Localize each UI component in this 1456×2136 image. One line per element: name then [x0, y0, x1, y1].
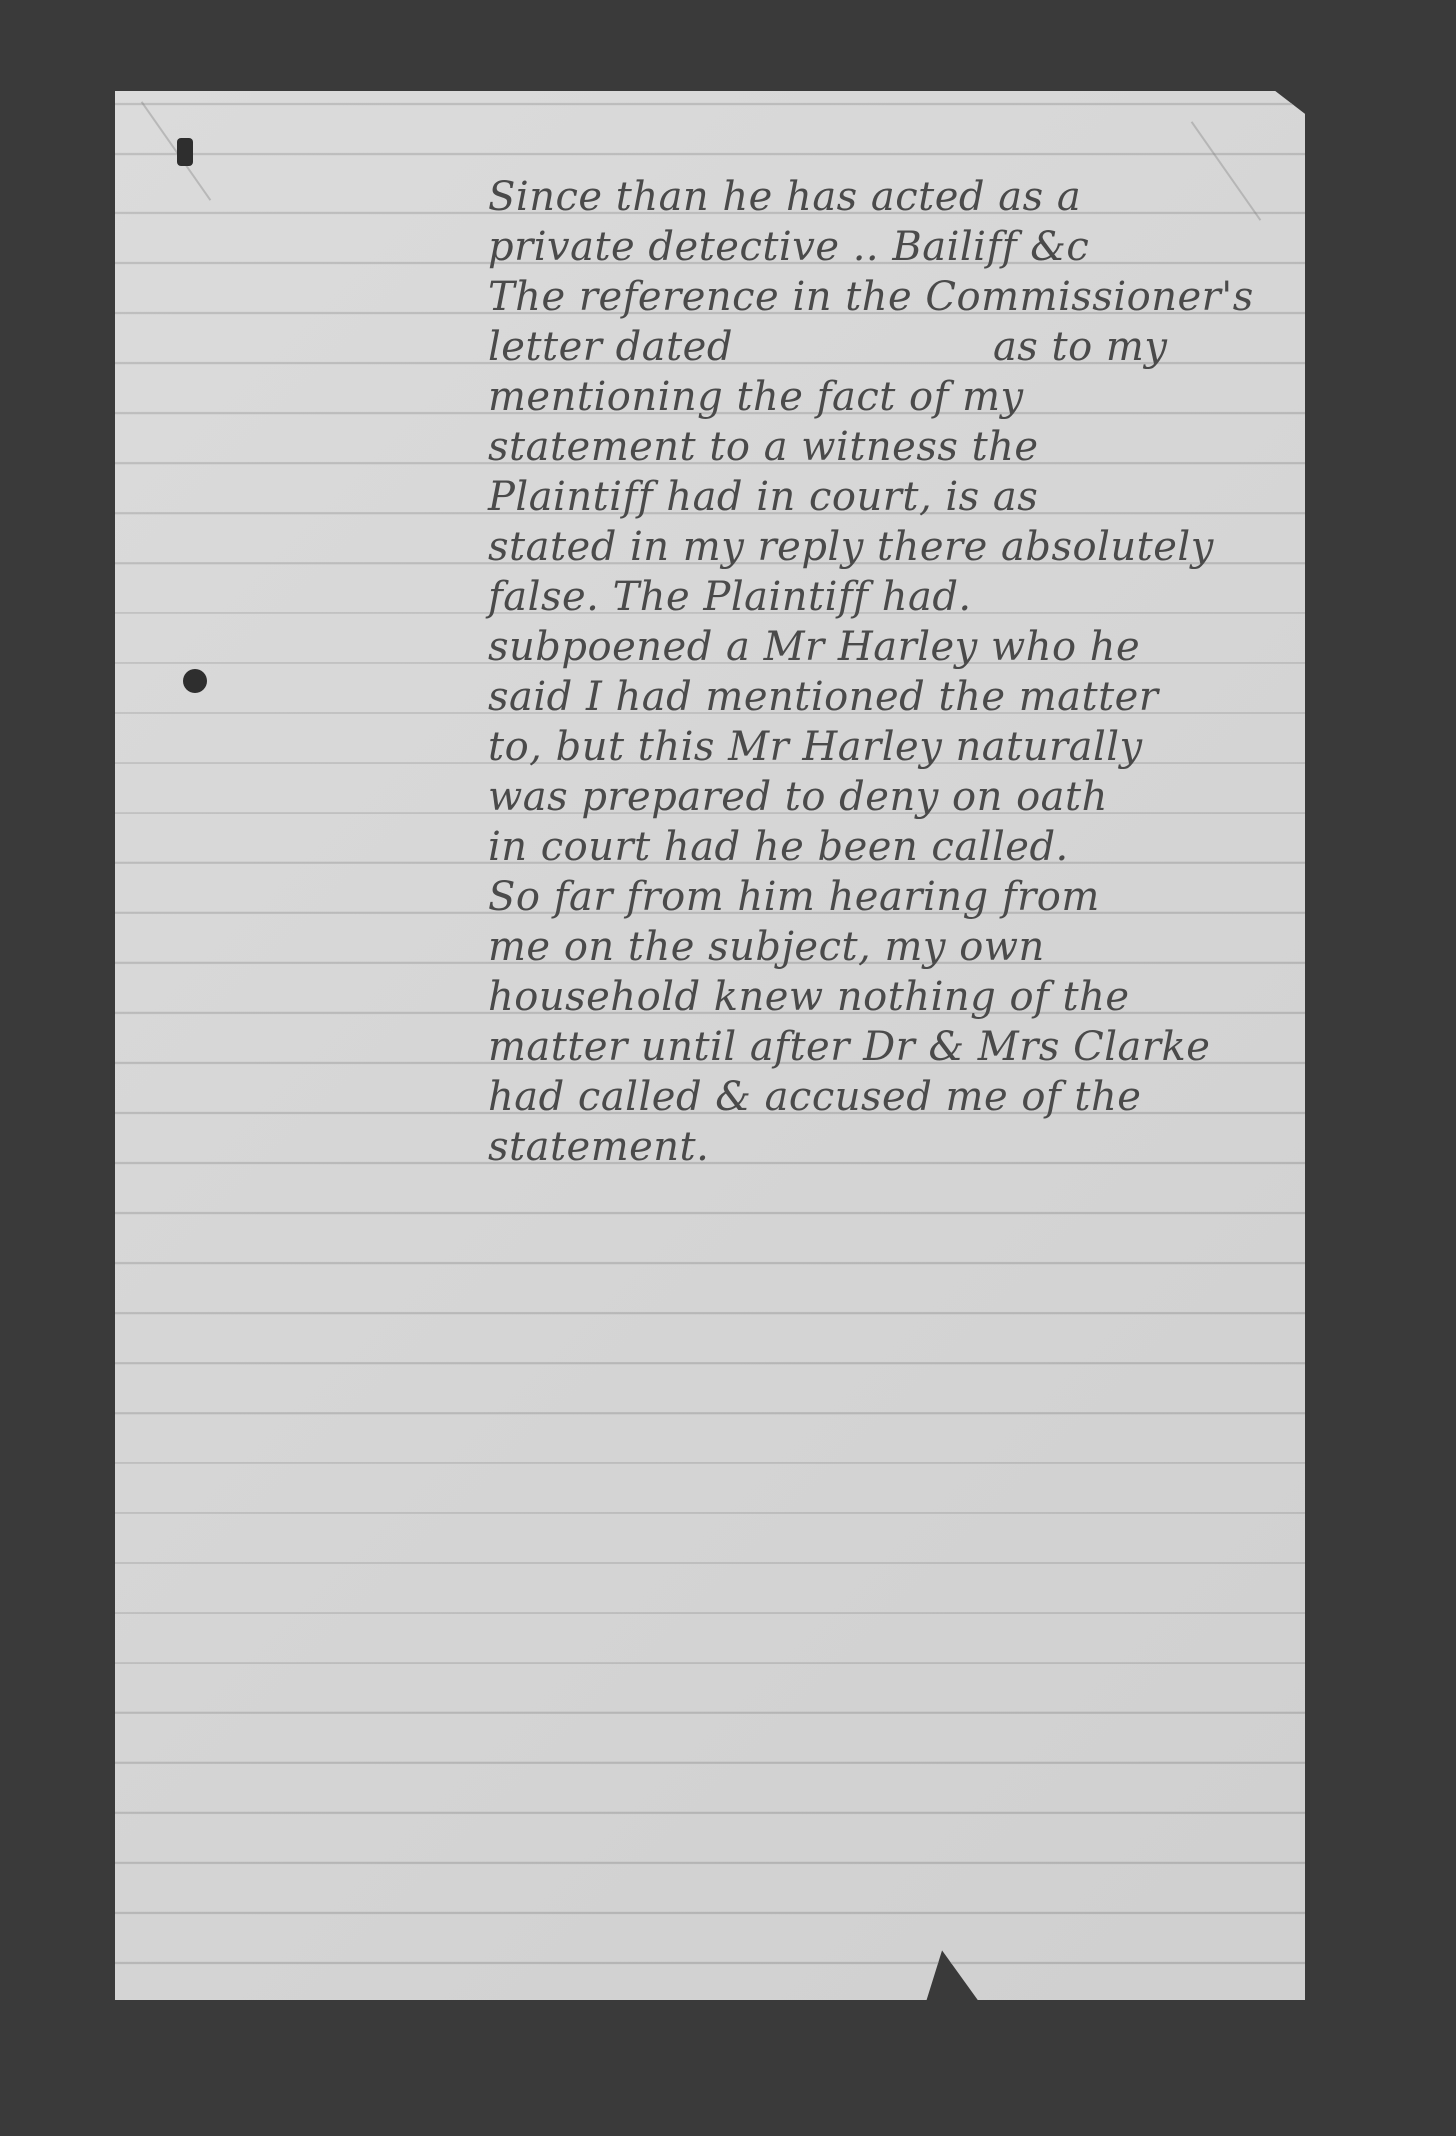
text-line: was prepared to deny on oath — [488, 772, 1318, 822]
text-line-with-gap: letter datedas to my — [488, 322, 1318, 372]
text-line: subpoened a Mr Harley who he — [488, 622, 1318, 672]
crease-mark — [141, 101, 211, 200]
text-line: false. The Plaintiff had. — [488, 572, 1318, 622]
text-line: Since than he has acted as a — [488, 172, 1318, 222]
text-line: So far from him hearing from — [488, 872, 1318, 922]
punch-hole-round — [183, 669, 207, 693]
text-fragment: letter dated — [488, 324, 733, 370]
text-line: statement. — [488, 1122, 1318, 1172]
text-line: The reference in the Commissioner's — [488, 272, 1318, 322]
text-line: matter until after Dr & Mrs Clarke — [488, 1022, 1318, 1072]
text-line: in court had he been called. — [488, 822, 1318, 872]
text-line: statement to a witness the — [488, 422, 1318, 472]
text-line: to, but this Mr Harley naturally — [488, 722, 1318, 772]
text-line: me on the subject, my own — [488, 922, 1318, 972]
text-line: Plaintiff had in court, is as — [488, 472, 1318, 522]
text-line: mentioning the fact of my — [488, 372, 1318, 422]
text-line: household knew nothing of the — [488, 972, 1318, 1022]
text-line: said I had mentioned the matter — [488, 672, 1318, 722]
handwritten-text: Since than he has acted as a private det… — [488, 172, 1318, 1172]
text-fragment: as to my — [993, 324, 1168, 370]
text-line: stated in my reply there absolutely — [488, 522, 1318, 572]
text-line: private detective .. Bailiff &c — [488, 222, 1318, 272]
text-line: had called & accused me of the — [488, 1072, 1318, 1122]
punch-hole-rectangular — [177, 138, 193, 166]
scanned-document: Since than he has acted as a private det… — [0, 0, 1456, 2136]
